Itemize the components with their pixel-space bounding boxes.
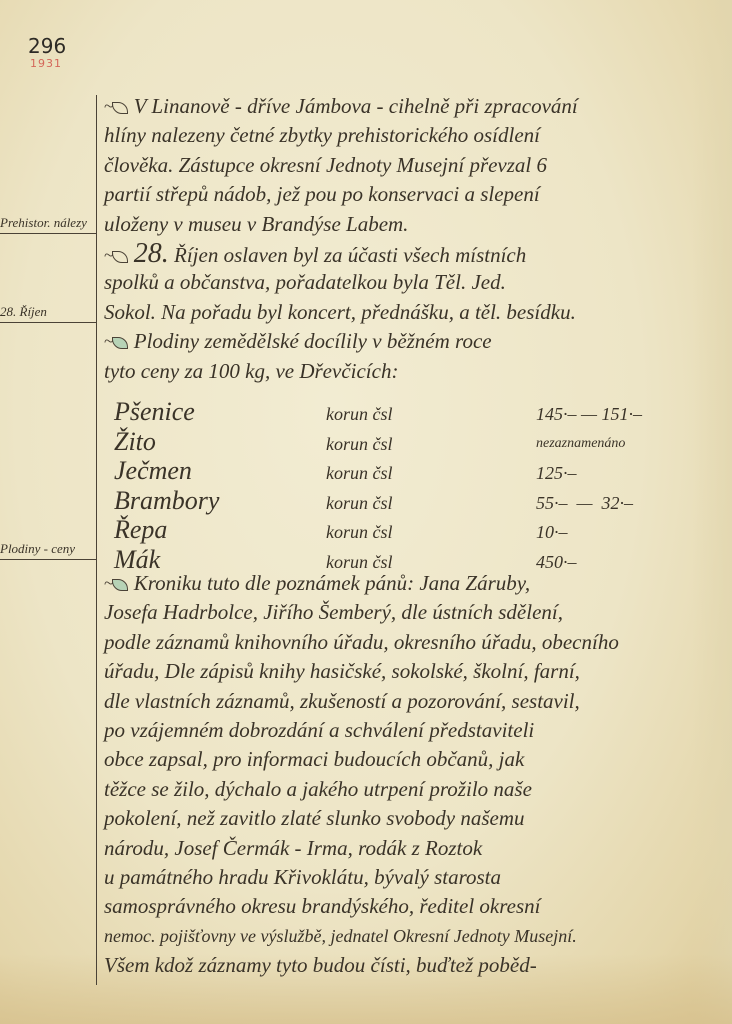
paragraph-prehistoric-line: ~V Linanově - dříve Jámbova - cihelně př… (104, 92, 704, 121)
margin-note-crop-prices: Plodiny - ceny (0, 541, 75, 557)
text-line: obce zapsal, pro informaci budoucích obč… (104, 747, 524, 771)
text-line: u památného hradu Křivoklátu, bývalý sta… (104, 865, 501, 889)
crop-price: 125·– (536, 461, 577, 485)
page-year: 1931 (30, 57, 62, 70)
crop-price: 55·– — 32·– (536, 491, 633, 515)
text-line: člověka. Zástupce okresní Jednoty Musejn… (104, 153, 547, 177)
table-row: Pšenice korun čsl 145·– — 151·– (108, 398, 708, 428)
crop-name: Ječmen (114, 457, 192, 485)
crop-unit: korun čsl (326, 520, 393, 544)
text-line: po vzájemném dobrozdání a schválení před… (104, 718, 534, 742)
text-line: partií střepů nádob, jež pou po konserva… (104, 182, 540, 206)
table-row: Řepa korun čsl 10·– (108, 516, 708, 546)
crop-unit: korun čsl (326, 402, 393, 426)
paragraph-prehistoric-line: partií střepů nádob, jež pou po konserva… (104, 180, 704, 209)
crop-name: Řepa (114, 516, 167, 544)
text-line: těžce se žilo, dýchalo a jakého utrpení … (104, 777, 532, 801)
crop-price: 145·– — 151·– (536, 402, 642, 426)
text-line: Kroniku tuto dle poznámek pánů: Jana Zár… (134, 571, 530, 595)
paragraph-prehistoric-line: hlíny nalezeny četné zbytky prehistorick… (104, 121, 704, 150)
paragraph-chronicle-line: samosprávného okresu brandýského, ředite… (104, 892, 704, 921)
text-line: Josefa Hadrbolce, Jiřího Šemberý, dle ús… (104, 600, 563, 624)
crop-name: Žito (114, 428, 156, 456)
date-initial: 28. (134, 238, 169, 269)
crop-price: nezaznamenáno (536, 432, 625, 456)
margin-note-prehistoric-finds: Prehistor. nálezy (0, 215, 87, 231)
crop-unit: korun čsl (326, 461, 393, 485)
paragraph-prehistoric-line: člověka. Zástupce okresní Jednoty Musejn… (104, 151, 704, 180)
page-number: 296 (28, 34, 66, 58)
margin-underline (0, 322, 96, 323)
paragraph-chronicle-line: u památného hradu Křivoklátu, bývalý sta… (104, 863, 704, 892)
crop-name: Brambory (114, 487, 219, 515)
margin-underline (0, 559, 96, 560)
text-line: národu, Josef Čermák - Irma, rodák z Roz… (104, 836, 482, 860)
text-line: podle záznamů knihovního úřadu, okresníh… (104, 630, 619, 654)
chronicle-body: ~V Linanově - dříve Jámbova - cihelně př… (104, 92, 704, 386)
paragraph-chronicle-line: Josefa Hadrbolce, Jiřího Šemberý, dle ús… (104, 598, 704, 627)
text-line: hlíny nalezeny četné zbytky prehistorick… (104, 123, 540, 147)
chronicle-closing-paragraph: ~Kroniku tuto dle poznámek pánů: Jana Zá… (104, 569, 704, 980)
flourish-leaf-green-icon: ~ (104, 327, 128, 356)
text-line: pokolení, než zavitlo zlaté slunko svobo… (104, 806, 525, 830)
paragraph-chronicle-line: úřadu, Dle zápisů knihy hasičské, sokols… (104, 657, 704, 686)
margin-note-label: Prehistor. nálezy (0, 215, 87, 230)
margin-underline (0, 233, 96, 234)
paragraph-chronicle-line: nemoc. pojišťovny ve výslužbě, jednatel … (104, 922, 704, 951)
paragraph-october-line: ~28. Říjen oslaven byl za účasti všech m… (104, 239, 704, 268)
paragraph-chronicle-line: podle záznamů knihovního úřadu, okresníh… (104, 628, 704, 657)
crop-unit: korun čsl (326, 491, 393, 515)
text-line: Plodiny zemědělské docílily v běžném roc… (134, 329, 492, 353)
crop-prices-table: Pšenice korun čsl 145·– — 151·– Žito kor… (108, 398, 708, 575)
text-line: úřadu, Dle zápisů knihy hasičské, sokols… (104, 659, 580, 683)
margin-rule (96, 95, 97, 985)
crop-price: 10·– (536, 520, 568, 544)
flourish-leaf-green-icon: ~ (104, 569, 128, 598)
paragraph-crops-line: tyto ceny za 100 kg, ve Dřevčicích: (104, 357, 704, 386)
paragraph-chronicle-line: národu, Josef Čermák - Irma, rodák z Roz… (104, 834, 704, 863)
text-line: nemoc. pojišťovny ve výslužbě, jednatel … (104, 926, 577, 946)
crop-name: Pšenice (114, 398, 195, 426)
paragraph-chronicle-line: ~Kroniku tuto dle poznámek pánů: Jana Zá… (104, 569, 704, 598)
text-line: Všem kdož záznamy tyto budou čísti, buďt… (104, 953, 537, 977)
text-line: samosprávného okresu brandýského, ředite… (104, 894, 540, 918)
paragraph-october-line: Sokol. Na pořadu byl koncert, přednášku,… (104, 298, 704, 327)
paragraph-chronicle-line: dle vlastních záznamů, zkušeností a pozo… (104, 687, 704, 716)
paragraph-crops-line: ~Plodiny zemědělské docílily v běžném ro… (104, 327, 704, 356)
paragraph-chronicle-line: obce zapsal, pro informaci budoucích obč… (104, 745, 704, 774)
paragraph-chronicle-line: po vzájemném dobrozdání a schválení před… (104, 716, 704, 745)
margin-note-october-28: 28. Říjen (0, 304, 47, 320)
paragraph-october-line: spolků a občanstva, pořadatelkou byla Tě… (104, 268, 704, 297)
margin-note-label: Plodiny - ceny (0, 541, 75, 556)
text-line: uloženy v museu v Brandýse Labem. (104, 212, 408, 236)
text-line: dle vlastních záznamů, zkušeností a pozo… (104, 689, 580, 713)
text-line: Říjen oslaven byl za účasti všech místní… (174, 243, 526, 267)
flourish-ornament-icon: ~ (104, 241, 128, 270)
paragraph-chronicle-line: pokolení, než zavitlo zlaté slunko svobo… (104, 804, 704, 833)
table-row: Ječmen korun čsl 125·– (108, 457, 708, 487)
text-line: tyto ceny za 100 kg, ve Dřevčicích: (104, 359, 398, 383)
table-row: Žito korun čsl nezaznamenáno (108, 428, 708, 458)
paragraph-chronicle-line: Všem kdož záznamy tyto budou čísti, buďt… (104, 951, 704, 980)
text-line: spolků a občanstva, pořadatelkou byla Tě… (104, 270, 506, 294)
text-line: Sokol. Na pořadu byl koncert, přednášku,… (104, 300, 576, 324)
margin-note-label: 28. Říjen (0, 304, 47, 319)
paragraph-prehistoric-line: uloženy v museu v Brandýse Labem. (104, 210, 704, 239)
table-row: Brambory korun čsl 55·– — 32·– (108, 487, 708, 517)
paragraph-chronicle-line: těžce se žilo, dýchalo a jakého utrpení … (104, 775, 704, 804)
crop-unit: korun čsl (326, 432, 393, 456)
flourish-ornament-icon: ~ (104, 92, 128, 121)
text-line: V Linanově - dříve Jámbova - cihelně při… (134, 94, 578, 118)
